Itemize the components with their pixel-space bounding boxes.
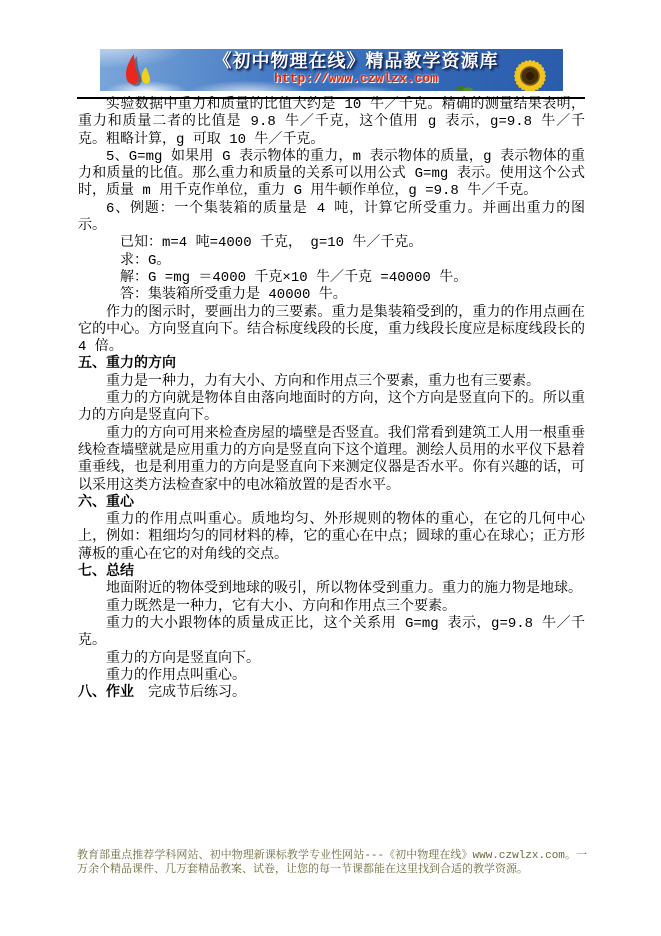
- paragraph: 实验数据中重力和质量的比值大约是 10 牛／千克。精确的测量结果表明，重力和质量…: [78, 97, 585, 149]
- banner-title: 《初中物理在线》精品教学资源库: [205, 51, 508, 71]
- section-heading: 五、重力的方向: [78, 356, 585, 373]
- paragraph: 重力的方向可用来检查房屋的墙壁是否竖直。我们常看到建筑工人用一根重垂线检查墙壁就…: [78, 426, 585, 495]
- flame-logo-icon: [118, 52, 158, 88]
- paragraph: 5、G=mg 如果用 G 表示物体的重力，m 表示物体的质量，g 表示物体的重力…: [78, 149, 585, 201]
- paragraph: 作力的图示时，要画出力的三要素。重力是集装箱受到的，重力的作用点画在它的中心。方…: [78, 305, 585, 357]
- paragraph: 重力的作用点叫重心。质地均匀、外形规则的物体的重心，在它的几何中心上，例如：粗细…: [78, 512, 585, 564]
- leaf-icon: [455, 81, 475, 91]
- paragraph: 重力既然是一种力，它有大小、方向和作用点三个要素。: [78, 599, 585, 616]
- heading-tail-text: 完成节后练习。: [148, 685, 246, 701]
- paragraph: 6、例题：一个集装箱的质量是 4 吨，计算它所受重力。并画出重力的图示。: [78, 201, 585, 236]
- page-footer: 教育部重点推荐学科网站、初中物理新课标教学专业性网站---《初中物理在线》www…: [77, 849, 587, 877]
- paragraph: 解：G =mg ＝4000 千克×10 牛／千克 =40000 牛。: [120, 270, 585, 287]
- paragraph: 重力的大小跟物体的质量成正比，这个关系用 G=mg 表示，g=9.8 牛／千克。: [78, 616, 585, 651]
- paragraph: 重力的方向就是物体自由落向地面时的方向，这个方向是竖直向下的。所以重力的方向是竖…: [78, 391, 585, 426]
- paragraph: 答：集装箱所受重力是 40000 牛。: [120, 287, 585, 304]
- page: 《初中物理在线》精品教学资源库 http://www.czwlzx.com: [0, 0, 661, 936]
- section-heading: 六、重心: [78, 495, 585, 512]
- sunflower-icon: [497, 50, 563, 91]
- paragraph: 地面附近的物体受到地球的吸引，所以物体受到重力。重力的施力物是地球。: [78, 581, 585, 598]
- site-banner: 《初中物理在线》精品教学资源库 http://www.czwlzx.com: [100, 49, 563, 91]
- document-body: 实验数据中重力和质量的比值大约是 10 牛／千克。精确的测量结果表明，重力和质量…: [78, 97, 585, 702]
- paragraph: 已知：m=4 吨=4000 千克， g=10 牛／千克。: [120, 235, 585, 252]
- paragraph: 求：G。: [120, 253, 585, 270]
- page-header: 《初中物理在线》精品教学资源库 http://www.czwlzx.com: [77, 49, 585, 99]
- footer-text: 教育部重点推荐学科网站、初中物理新课标教学专业性网站---《初中物理在线》www…: [77, 849, 587, 877]
- section-heading-label: 八、作业: [78, 685, 134, 701]
- paragraph: 重力的方向是竖直向下。: [78, 651, 585, 668]
- paragraph: 重力是一种力，力有大小、方向和作用点三个要素，重力也有三要素。: [78, 374, 585, 391]
- section-heading: 七、总结: [78, 564, 585, 581]
- section-heading: 八、作业完成节后练习。: [78, 685, 585, 702]
- paragraph: 重力的作用点叫重心。: [78, 668, 585, 685]
